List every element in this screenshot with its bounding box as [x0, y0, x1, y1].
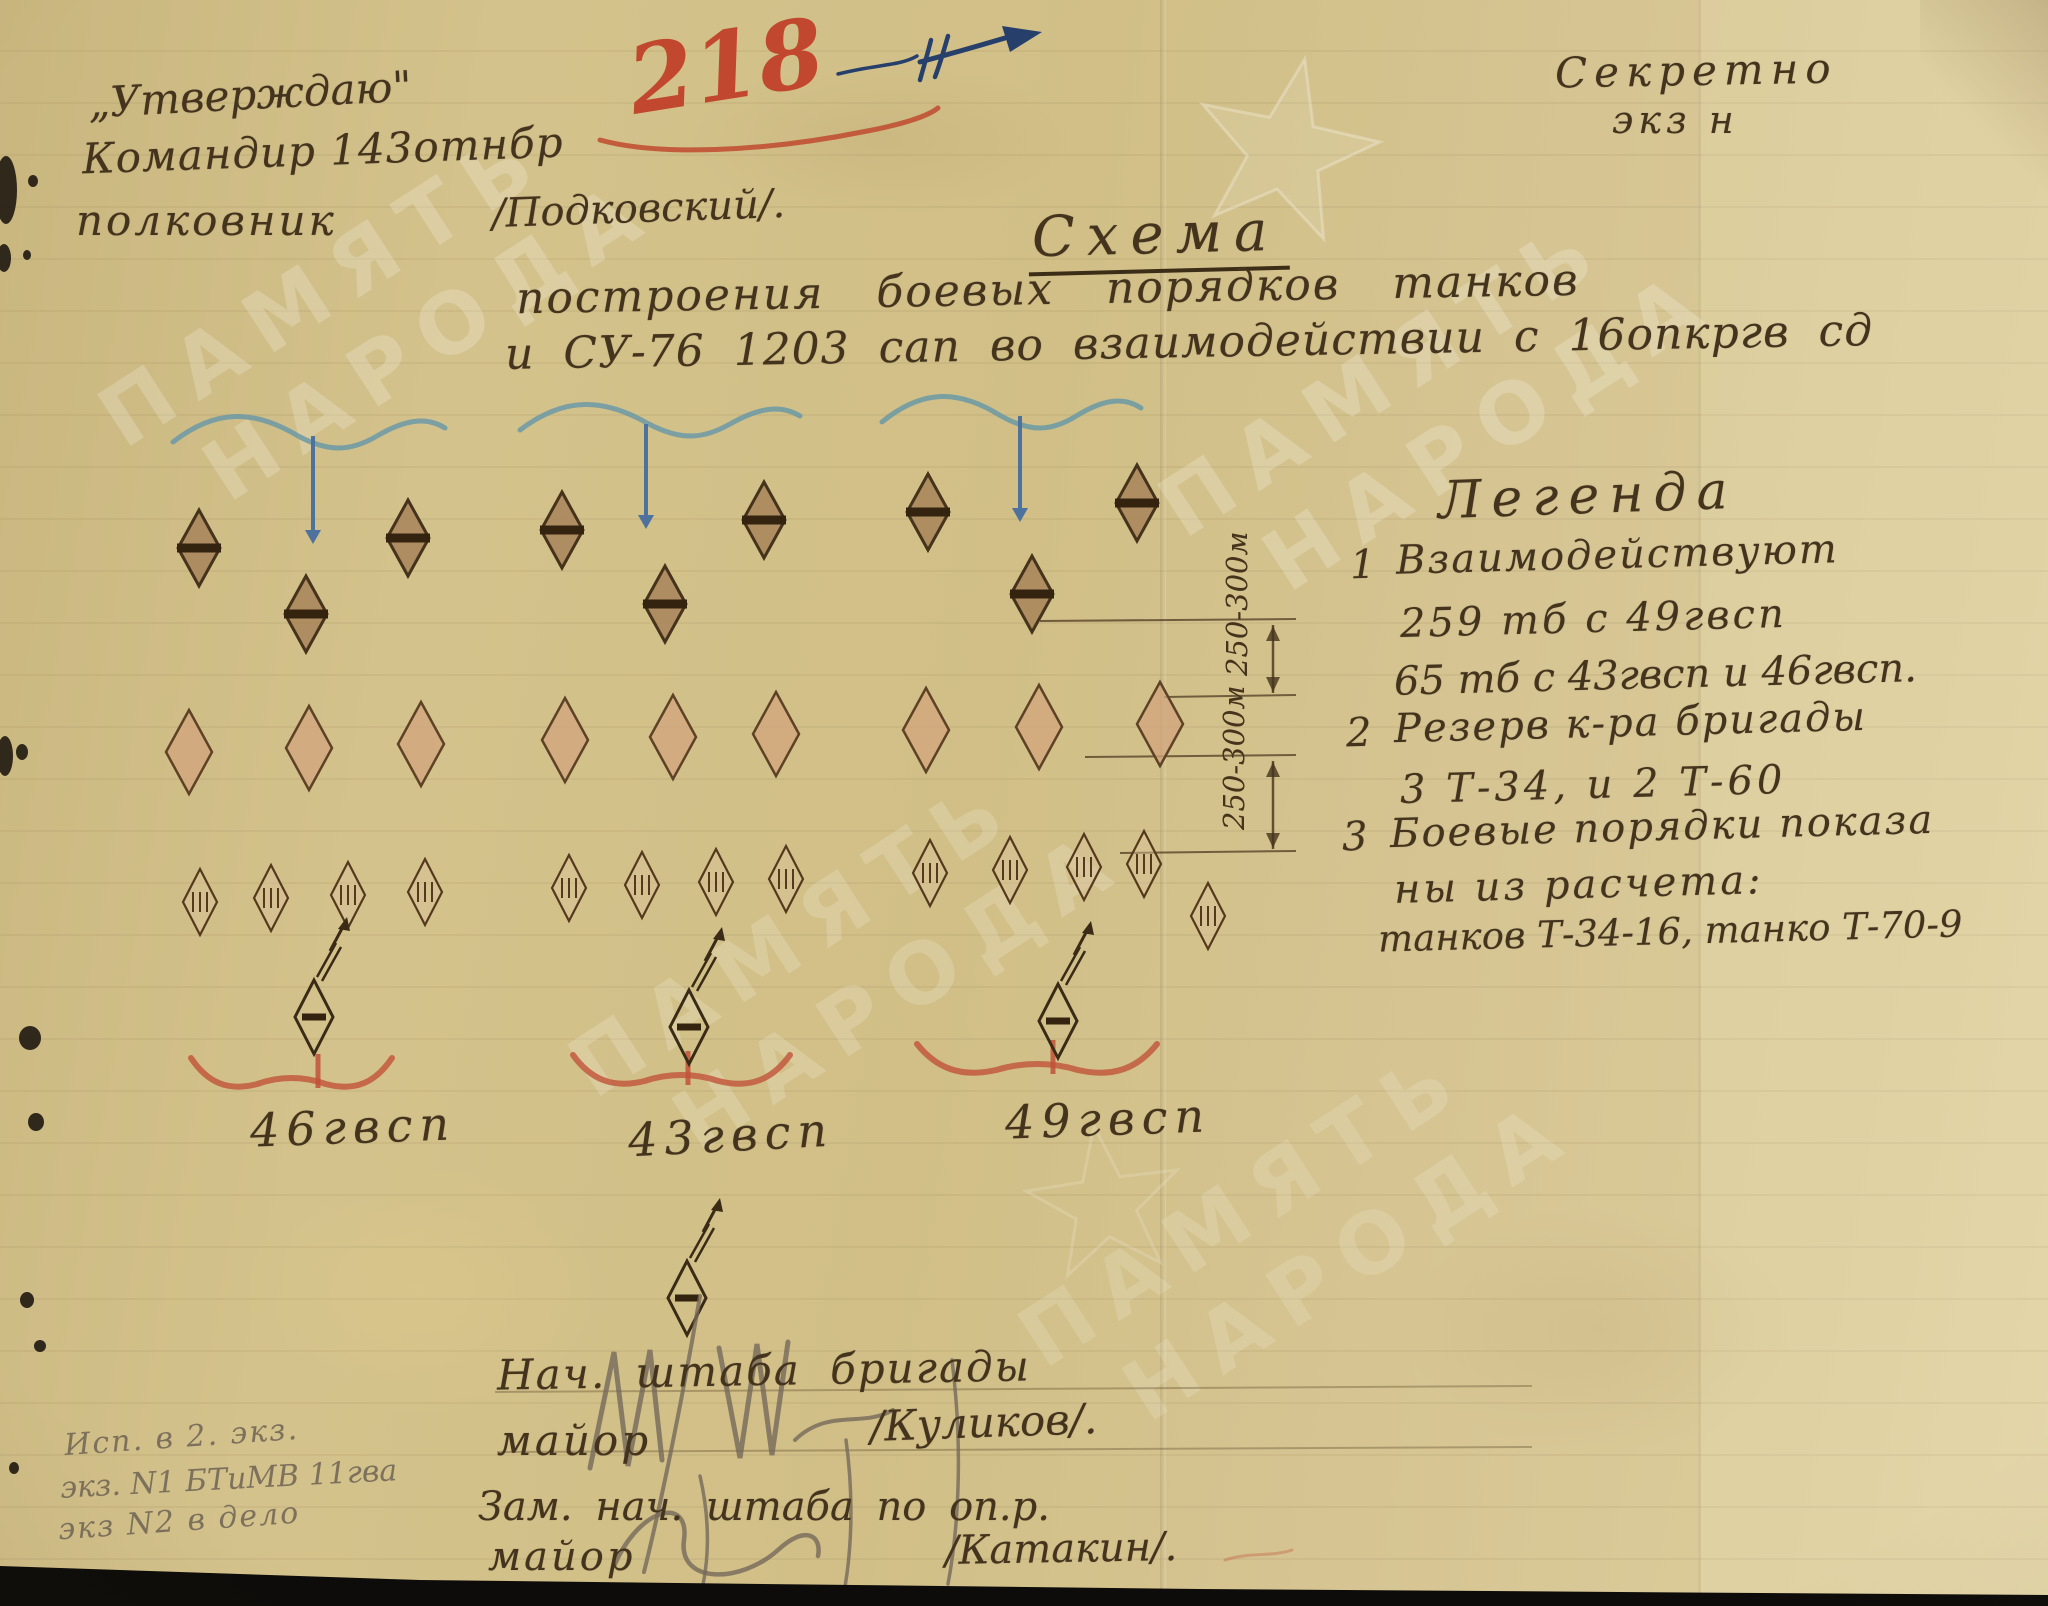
approval-heading: „Утверждаю": [87, 62, 413, 128]
tank-symbol-reserve: [398, 702, 444, 786]
tank-symbol-command: [1039, 984, 1077, 1058]
dimension-arrowhead: [1266, 626, 1280, 641]
blue-pen-mark: [920, 40, 931, 80]
legend-title: Легенда: [1437, 461, 1738, 531]
dimension-leader-line: [1164, 695, 1296, 697]
front-line-wave: [882, 396, 1141, 428]
tank-symbol-reserve: [753, 692, 799, 776]
approval-rank: полковник: [76, 196, 337, 245]
page-edge-mark: [16, 744, 28, 760]
legend-item-3-text: танков Т-34-16, танко Т-70-9: [1378, 902, 1963, 960]
tank-symbol-light: [408, 859, 442, 925]
command-flag-tip: [338, 917, 350, 931]
tank-symbol-light: [1067, 834, 1101, 900]
legend-item-1-text: Взаимодействуют: [1395, 526, 1839, 584]
tank-symbol-t34: [178, 510, 220, 586]
page-edge-mark: [23, 250, 31, 260]
pencil-signature-scribble: [644, 1296, 700, 1572]
chief-of-staff-role: Нач. штаба бригады: [497, 1341, 1032, 1399]
page-edge-mark: [19, 1026, 41, 1050]
tank-symbol-reserve: [1016, 685, 1062, 769]
legend-item-3-number: 3: [1341, 814, 1368, 861]
tank-symbol-light: [769, 846, 803, 912]
chief-of-staff-name: /Куликов/.: [869, 1394, 1098, 1451]
dimension-arrowhead: [1266, 762, 1280, 777]
paper-stain: [1320, 1150, 1880, 1510]
deputy-chief-rank: майор: [488, 1534, 635, 1580]
approval-signature-name: /Подковский/.: [491, 181, 785, 237]
tank-symbol-light: [699, 849, 733, 915]
copies-note-line2: экз. N1 БТиМВ 11гва: [59, 1453, 398, 1506]
page-edge-mark: [28, 175, 38, 187]
page-edge-mark: [28, 1113, 44, 1131]
copy-number-note: экз н: [1612, 98, 1739, 142]
tank-symbol-reserve: [1137, 682, 1183, 766]
deputy-chief-role: Зам. нач. штаба по оп.р.: [478, 1484, 1050, 1530]
dimension-leader-line: [1120, 851, 1296, 853]
attack-arrow-head: [1012, 508, 1028, 522]
tank-symbol-t34: [285, 576, 327, 652]
approval-commander-line: Командир 143отнбр: [81, 118, 564, 184]
command-flag-tip: [713, 927, 725, 941]
secrecy-stamp: Секретно: [1555, 44, 1838, 98]
unit-label-43gvsp: 43гвсп: [627, 1103, 835, 1168]
dimension-label: 250-300м: [1217, 685, 1251, 831]
tank-symbol-light: [183, 869, 217, 935]
page-edge-mark: [9, 1462, 19, 1474]
deputy-chief-name: /Катакин/.: [945, 1524, 1178, 1574]
dimension-leader-line: [1085, 755, 1296, 757]
front-line-wave: [173, 416, 445, 448]
command-flag-bolt: [695, 1228, 714, 1262]
watermark-line: ПАМЯТЬ: [1001, 990, 1538, 1389]
infantry-position-wave: [917, 1044, 1157, 1073]
page-edge-mark: [0, 736, 13, 776]
attack-arrow-head: [638, 515, 654, 529]
dimension-arrowhead: [1266, 677, 1280, 692]
copies-note-line1: Исп. в 2. экз.: [63, 1412, 300, 1463]
page-edge-mark: [20, 1292, 34, 1308]
tank-symbol-reserve: [166, 710, 212, 794]
tank-symbol-command: [668, 1261, 706, 1335]
command-flag-bolt: [1061, 947, 1080, 981]
attack-arrow-head: [305, 530, 321, 544]
watermark-line: ПАМЯТЬ: [551, 720, 1088, 1119]
front-line-wave: [520, 404, 800, 436]
chief-of-staff-rank: майор: [497, 1416, 651, 1465]
tank-symbol-t34: [387, 500, 429, 576]
page-edge-mark: [0, 244, 11, 272]
corner-shadow: [1920, 0, 2048, 200]
tank-symbol-light: [993, 837, 1027, 903]
command-flag-tip: [1082, 921, 1094, 935]
tank-symbol-t34: [1116, 465, 1158, 541]
tank-symbol-light: [331, 862, 365, 928]
red-pen-mark: [1225, 1550, 1292, 1560]
blue-pen-arrowhead: [1002, 26, 1042, 52]
tank-symbol-light: [254, 865, 288, 931]
tank-symbol-t34: [644, 566, 686, 642]
tank-symbol-light: [625, 852, 659, 918]
legend-item-2-number: 2: [1345, 710, 1372, 757]
infantry-position-wave: [191, 1058, 392, 1087]
legend-item-3-text: ны из расчета:: [1393, 857, 1764, 913]
command-flag-bolt: [317, 943, 336, 977]
page-edge-mark: [34, 1340, 46, 1352]
tank-symbol-t34: [541, 492, 583, 568]
paper-stain: [180, 1120, 660, 1460]
tank-symbol-t34: [1011, 556, 1053, 632]
tank-symbol-reserve: [903, 688, 949, 772]
unit-label-49gvsp: 49гвсп: [1004, 1088, 1212, 1149]
tank-symbol-reserve: [286, 706, 332, 790]
command-flag-bolt: [692, 953, 711, 987]
tank-symbol-reserve: [542, 698, 588, 782]
dimension-label: 250-300м: [1220, 531, 1254, 677]
command-flag-bolt: [330, 921, 346, 951]
page-edge-mark: [0, 156, 17, 224]
dimension-leader-line: [1040, 619, 1296, 621]
blue-pen-mark: [838, 56, 917, 74]
command-flag-bolt: [697, 957, 716, 991]
tank-symbol-command: [295, 980, 333, 1054]
command-flag-tip: [711, 1198, 723, 1212]
command-flag-bolt: [705, 931, 721, 961]
command-flag-bolt: [1074, 925, 1090, 955]
command-flag-bolt: [1066, 951, 1085, 985]
legend-item-1-text: 259 тб с 49гвсп: [1399, 591, 1787, 647]
document-page: ПАМЯТЬ НАРОДА ПАМЯТЬ НАРОДА ПАМЯТЬ НАРОД…: [0, 0, 2048, 1606]
command-flag-bolt: [690, 1224, 709, 1258]
tank-symbol-t34: [743, 482, 785, 558]
legend-item-1-number: 1: [1349, 542, 1376, 589]
blue-pen-mark: [935, 36, 948, 77]
tank-symbol-command: [670, 990, 708, 1064]
tank-symbol-light: [1191, 883, 1225, 949]
archive-page-number: 218: [621, 0, 832, 137]
tank-symbol-reserve: [650, 695, 696, 779]
ruled-line: [497, 1447, 1532, 1452]
command-flag-bolt: [322, 947, 341, 981]
tank-symbol-light: [913, 840, 947, 906]
infantry-position-wave: [573, 1055, 790, 1084]
unit-label-46gvsp: 46гвсп: [249, 1096, 457, 1157]
command-flag-bolt: [703, 1202, 719, 1232]
tank-symbol-light: [1127, 831, 1161, 897]
tank-symbol-light: [552, 855, 586, 921]
dimension-arrowhead: [1266, 833, 1280, 848]
tank-symbol-t34: [907, 474, 949, 550]
blue-pen-mark: [920, 38, 1005, 62]
